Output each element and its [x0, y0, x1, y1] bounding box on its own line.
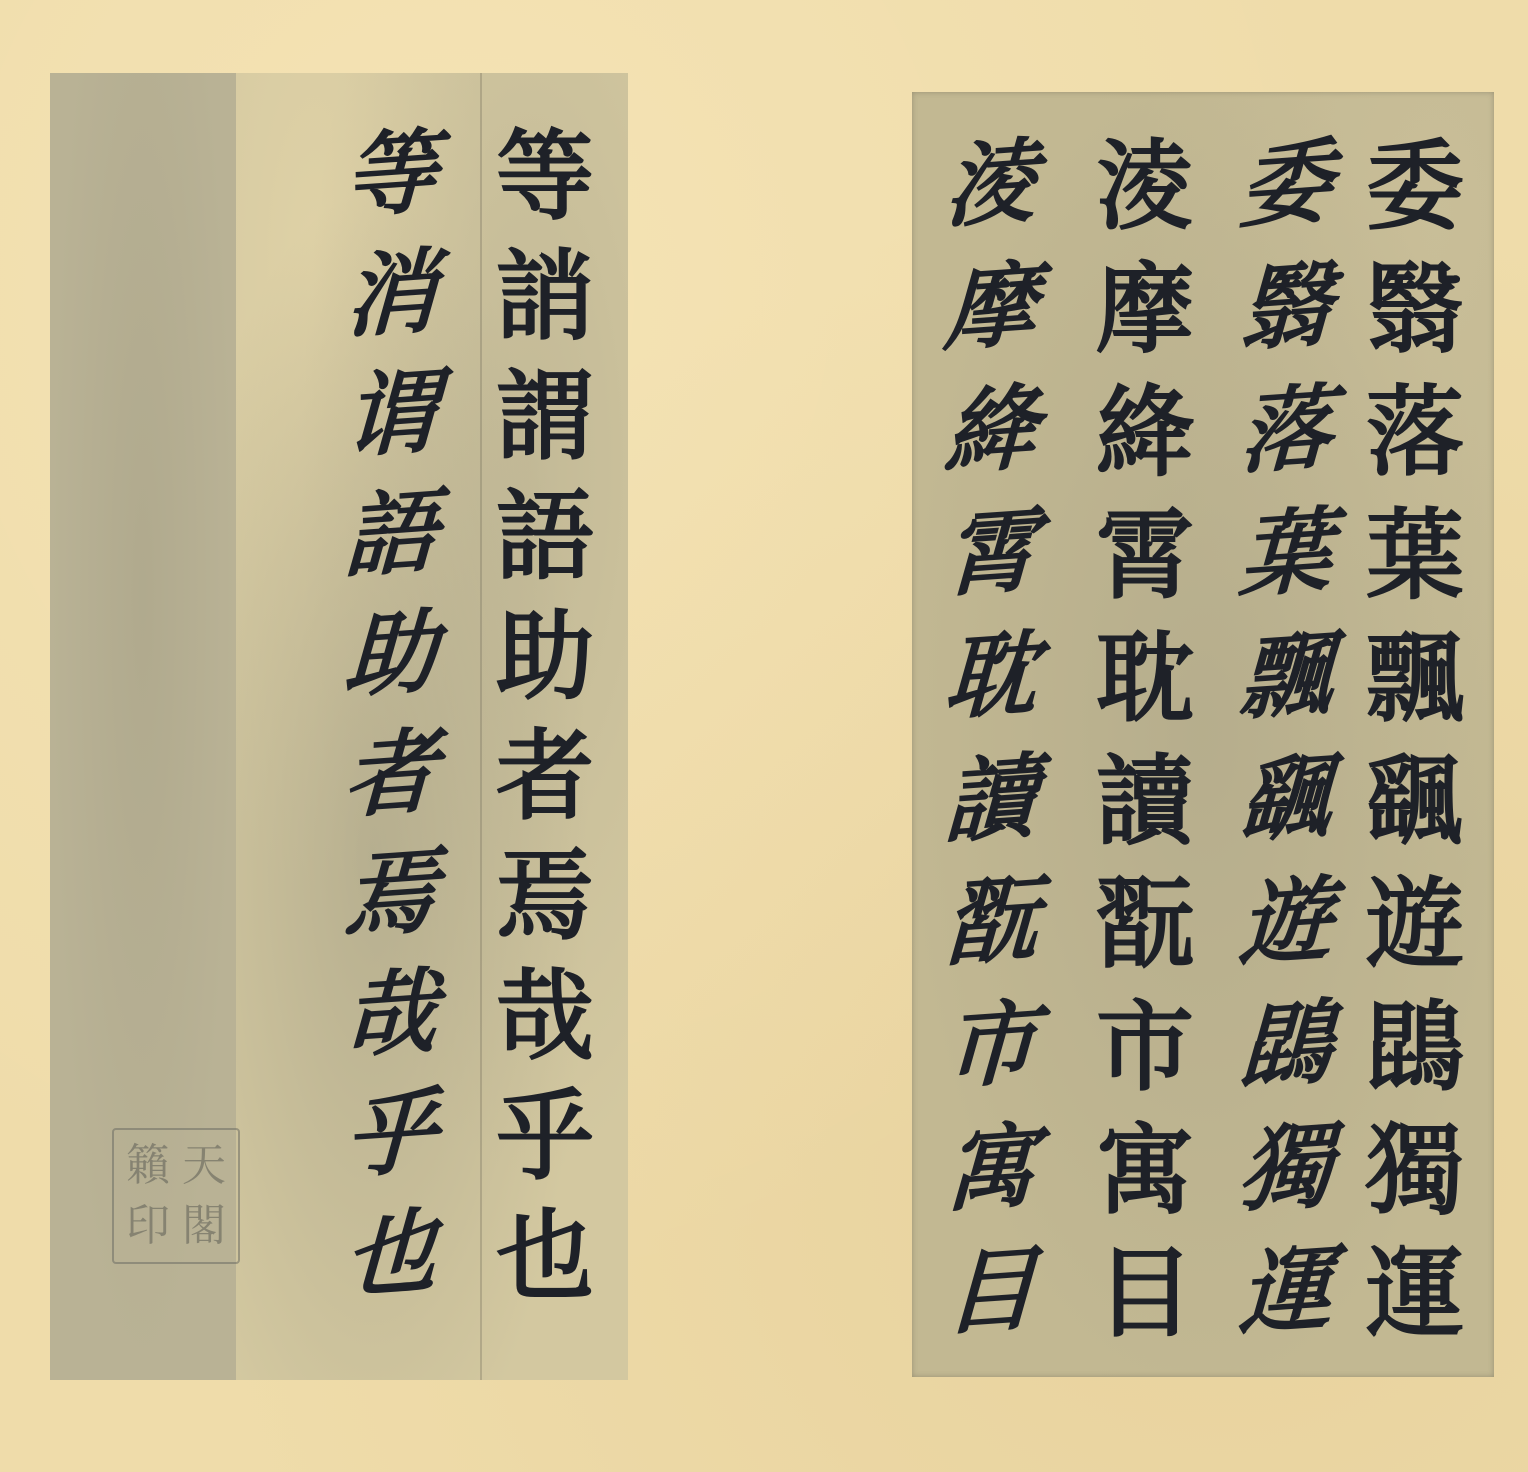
char: 翫: [942, 873, 1039, 1002]
char: 落: [1237, 381, 1334, 510]
char: 耽: [942, 627, 1039, 756]
char: 淩: [942, 135, 1039, 264]
char: 語: [496, 488, 594, 608]
seal-char: 籟: [120, 1136, 176, 1196]
char: 谓: [342, 365, 439, 491]
char: 焉: [342, 845, 439, 971]
char: 語: [342, 485, 439, 611]
left-cursive-column: 等 消 谓 語 助 者 焉 哉 乎 也: [330, 128, 450, 1328]
right-cursive-column-2: 淩 摩 絳 霄 耽 讀 翫 市 寓 目: [930, 138, 1050, 1368]
char: 翳: [1366, 261, 1464, 384]
char: 目: [942, 1242, 1039, 1371]
char: 者: [496, 728, 594, 848]
seal-char: 天: [176, 1136, 232, 1196]
char: 翳: [1237, 258, 1334, 387]
char: 獨: [1237, 1119, 1334, 1248]
char: 市: [1096, 999, 1194, 1122]
char: 運: [1237, 1242, 1334, 1371]
char: 葉: [1237, 504, 1334, 633]
seal-char: 閣: [176, 1196, 232, 1256]
char: 者: [342, 725, 439, 851]
char: 遊: [1237, 873, 1334, 1002]
left-regular-column: 等 誚 謂 語 助 者 焉 哉 乎 也: [490, 128, 600, 1328]
char: 絳: [1096, 384, 1194, 507]
char: 耽: [1096, 630, 1194, 753]
char: 摩: [942, 258, 1039, 387]
char: 也: [342, 1205, 439, 1331]
char: 獨: [1366, 1122, 1464, 1245]
column-fold-line: [480, 73, 482, 1380]
char: 委: [1237, 135, 1334, 264]
char: 助: [342, 605, 439, 731]
char: 颻: [1237, 750, 1334, 879]
char: 也: [496, 1208, 594, 1328]
char: 葉: [1366, 507, 1464, 630]
char: 颻: [1366, 753, 1464, 876]
char: 消: [342, 245, 439, 371]
char: 運: [1366, 1245, 1464, 1368]
char: 等: [342, 125, 439, 251]
collector-seal: 籟 天 印 閣: [112, 1128, 240, 1264]
char: 寓: [942, 1119, 1039, 1248]
char: 市: [942, 996, 1039, 1125]
char: 謂: [496, 368, 594, 488]
char: 鵾: [1237, 996, 1334, 1125]
char: 寓: [1096, 1122, 1194, 1245]
char: 目: [1096, 1245, 1194, 1368]
char: 乎: [496, 1088, 594, 1208]
char: 翫: [1096, 876, 1194, 999]
char: 哉: [496, 968, 594, 1088]
char: 等: [496, 128, 594, 248]
char: 哉: [342, 965, 439, 1091]
char: 絳: [942, 381, 1039, 510]
seal-char: 印: [120, 1196, 176, 1256]
char: 淩: [1096, 138, 1194, 261]
char: 鵾: [1366, 999, 1464, 1122]
right-regular-column-1: 委 翳 落 葉 飄 颻 遊 鵾 獨 運: [1355, 138, 1475, 1368]
char: 遊: [1366, 876, 1464, 999]
char: 霄: [1096, 507, 1194, 630]
right-regular-column-2: 淩 摩 絳 霄 耽 讀 翫 市 寓 目: [1085, 138, 1205, 1368]
char: 乎: [342, 1085, 439, 1211]
char: 讀: [942, 750, 1039, 879]
right-cursive-column-1: 委 翳 落 葉 飄 颻 遊 鵾 獨 運: [1225, 138, 1345, 1368]
char: 委: [1366, 138, 1464, 261]
char: 霄: [942, 504, 1039, 633]
char: 讀: [1096, 753, 1194, 876]
char: 摩: [1096, 261, 1194, 384]
char: 助: [496, 608, 594, 728]
char: 飄: [1237, 627, 1334, 756]
char: 落: [1366, 384, 1464, 507]
char: 誚: [496, 248, 594, 368]
char: 飄: [1366, 630, 1464, 753]
char: 焉: [496, 848, 594, 968]
